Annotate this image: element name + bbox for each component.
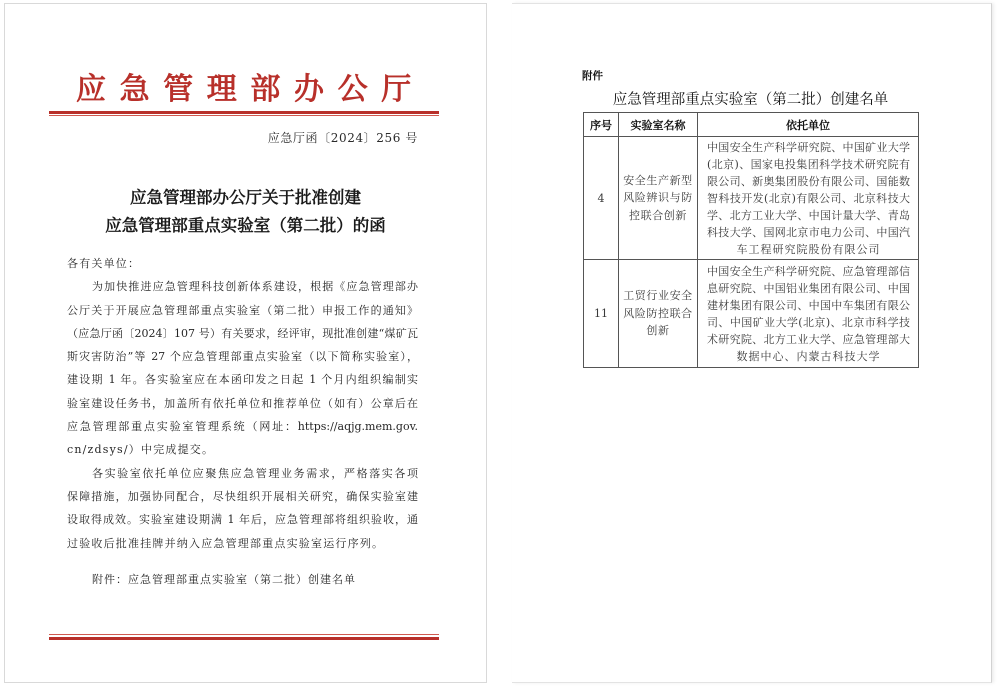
lab-name-cell: 工贸行业安全 风险防控联合 创新 <box>619 260 698 368</box>
body-line: 应急管理部重点实验室管理系统（网址：https://aqjg.mem.gov. <box>67 415 418 438</box>
attachment-note: 附件：应急管理部重点实验室（第二批）创建名单 <box>67 568 418 591</box>
header-red-rule-thick <box>49 111 439 114</box>
host-units-line: (北京)、国家电投集团科学技术研究院有 <box>707 156 910 173</box>
host-units-line: 学、北方工业大学、中国计量大学、青岛 <box>707 207 910 224</box>
host-units-line: 限公司、新奥集团股份有限公司、国能数 <box>707 173 910 190</box>
host-units-line: 中国安全生产科学研究院、应急管理部信 <box>707 263 910 280</box>
host-units-line: 数据中心、内蒙古科技大学 <box>707 348 910 365</box>
body-line: 设取得成效。实验室建设期满 1 年后，应急管理部将组织验收，通 <box>67 508 418 531</box>
host-units-line: 科技大学、国网北京市电力公司、中国汽 <box>707 224 910 241</box>
lab-name-line: 风险辨识与防 <box>619 189 697 207</box>
letterhead-title: 应急管理部办公厅 <box>76 74 425 106</box>
host-units-line: 术研究院、北方工业大学、应急管理部大 <box>707 331 910 348</box>
body-line: 公厅关于开展应急管理部重点实验室（第二批）申报工作的通知》 <box>67 299 418 322</box>
column-header-number: 序号 <box>584 113 619 137</box>
salutation: 各有关单位： <box>67 252 418 275</box>
body-line: 斯灾害防治”等 27 个应急管理部重点实验室（以下简称实验室）， <box>67 345 418 368</box>
host-units-line: 建材集团有限公司、中国中车集团有限公 <box>707 297 910 314</box>
body-line: 保障措施，加强协同配合，尽快组织开展相关研究，确保实验室建 <box>67 485 418 508</box>
host-units-line: 司、中国矿业大学(北京)、北京市科学技 <box>707 314 910 331</box>
lab-name-line: 控联合创新 <box>619 207 697 225</box>
body-line: （应急厅函〔2024〕107 号）有关要求，经评审，现批准创建“煤矿瓦 <box>67 322 418 345</box>
attachment-page: 附件 应急管理部重点实验室（第二批）创建名单 序号 实验室名称 依托单位 4 安… <box>512 3 992 683</box>
host-units-cell: 中国安全生产科学研究院、应急管理部信 息研究院、中国铝业集团有限公司、中国 建材… <box>698 260 919 368</box>
lab-name-cell: 安全生产新型 风险辨识与防 控联合创新 <box>619 137 698 260</box>
table-header-row: 序号 实验室名称 依托单位 <box>584 113 919 137</box>
host-units-line: 智科技开发(北京)有限公司、北京科技大 <box>707 190 910 207</box>
footer-red-rule-thick <box>49 637 439 640</box>
host-units-line: 车工程研究院股份有限公司 <box>707 241 910 258</box>
row-number: 4 <box>584 137 619 260</box>
column-header-lab-name: 实验室名称 <box>619 113 698 137</box>
document-number: 应急厅函〔2024〕256 号 <box>268 131 418 145</box>
body-line: 为加快推进应急管理科技创新体系建设，根据《应急管理部办 <box>67 275 418 298</box>
letter-title-line-2: 应急管理部重点实验室（第二批）的函 <box>5 216 486 236</box>
letter-body: 各有关单位： 为加快推进应急管理科技创新体系建设，根据《应急管理部办 公厅关于开… <box>67 252 418 555</box>
body-line: 建设期 1 年。各实验室应在本函印发之日起 1 个月内组织编制实 <box>67 368 418 391</box>
row-number: 11 <box>584 260 619 368</box>
host-units-line: 中国安全生产科学研究院、中国矿业大学 <box>707 139 910 156</box>
footer-red-rule-thin <box>49 634 439 635</box>
attachment-label: 附件 <box>582 70 603 82</box>
body-line: cn/zdsys/）中完成提交。 <box>67 438 418 461</box>
table-row: 4 安全生产新型 风险辨识与防 控联合创新 中国安全生产科学研究院、中国矿业大学… <box>584 137 919 260</box>
body-line: 验室建设任务书，加盖所有依托单位和推荐单位（如有）公章后在 <box>67 392 418 415</box>
column-header-host-units: 依托单位 <box>698 113 919 137</box>
body-line: 各实验室依托单位应聚焦应急管理业务需求，严格落实各项 <box>67 462 418 485</box>
lab-name-line: 安全生产新型 <box>619 172 697 190</box>
body-line: 过验收后批准挂牌并纳入应急管理部重点实验室运行序列。 <box>67 532 418 555</box>
attachment-title: 应急管理部重点实验室（第二批）创建名单 <box>583 91 918 109</box>
lab-name-line: 创新 <box>619 322 697 340</box>
lab-name-line: 工贸行业安全 <box>619 287 697 305</box>
lab-name-line: 风险防控联合 <box>619 305 697 323</box>
letter-page: 应急管理部办公厅 应急厅函〔2024〕256 号 应急管理部办公厅关于批准创建 … <box>4 3 487 683</box>
host-units-line: 息研究院、中国铝业集团有限公司、中国 <box>707 280 910 297</box>
letter-title-line-1: 应急管理部办公厅关于批准创建 <box>5 188 486 208</box>
laboratory-list-table: 序号 实验室名称 依托单位 4 安全生产新型 风险辨识与防 控联合创新 中国安全… <box>583 112 919 368</box>
header-red-rule-thin <box>49 115 439 116</box>
table-row: 11 工贸行业安全 风险防控联合 创新 中国安全生产科学研究院、应急管理部信 息… <box>584 260 919 368</box>
host-units-cell: 中国安全生产科学研究院、中国矿业大学 (北京)、国家电投集团科学技术研究院有 限… <box>698 137 919 260</box>
